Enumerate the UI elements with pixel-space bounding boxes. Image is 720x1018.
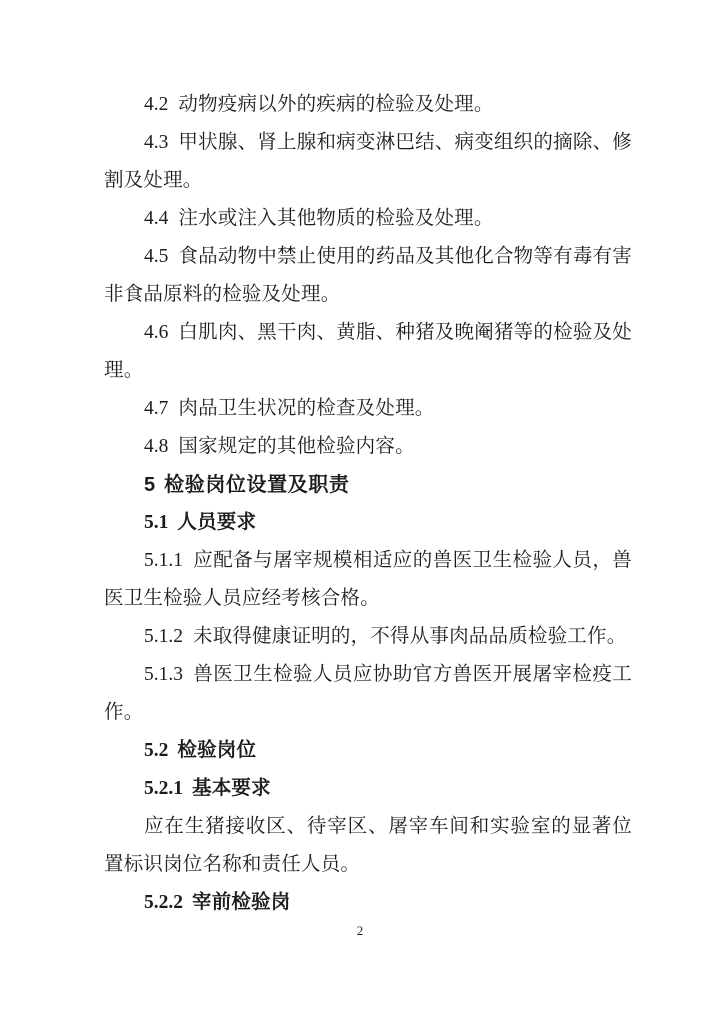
clause-text: 动物疫病以外的疾病的检验及处理。 bbox=[178, 94, 493, 115]
heading-5-2-1: 5.2.1基本要求 bbox=[104, 770, 632, 808]
clause-text: 白肌肉、黑干肉、黄脂、种猪及晚阉猪等的检验及处理。 bbox=[104, 322, 632, 381]
clause-number: 4.4 bbox=[144, 208, 168, 229]
heading-number: 5.2 bbox=[144, 740, 168, 761]
clause-number: 4.5 bbox=[144, 246, 168, 267]
clause-5-1-2: 5.1.2未取得健康证明的，不得从事肉品品质检验工作。 bbox=[104, 618, 632, 656]
clause-text: 食品动物中禁止使用的药品及其他化合物等有毒有害非食品原料的检验及处理。 bbox=[104, 246, 632, 305]
clause-text: 注水或注入其他物质的检验及处理。 bbox=[178, 208, 493, 229]
page-number: 2 bbox=[0, 922, 720, 940]
clause-number: 5.1.3 bbox=[144, 664, 183, 685]
document-content: 4.2动物疫病以外的疾病的检验及处理。 4.3甲状腺、肾上腺和病变淋巴结、病变组… bbox=[104, 86, 632, 922]
clause-text: 未取得健康证明的，不得从事肉品品质检验工作。 bbox=[193, 626, 626, 647]
heading-5-1: 5.1人员要求 bbox=[104, 504, 632, 542]
clause-number: 4.8 bbox=[144, 436, 168, 457]
clause-number: 4.3 bbox=[144, 132, 168, 153]
heading-number: 5.2.1 bbox=[144, 778, 183, 799]
clause-number: 4.6 bbox=[144, 322, 168, 343]
clause-4-6: 4.6白肌肉、黑干肉、黄脂、种猪及晚阉猪等的检验及处理。 bbox=[104, 314, 632, 390]
heading-text: 基本要求 bbox=[192, 778, 271, 799]
heading-text: 人员要求 bbox=[177, 512, 256, 533]
clause-4-3: 4.3甲状腺、肾上腺和病变淋巴结、病变组织的摘除、修割及处理。 bbox=[104, 124, 632, 200]
clause-number: 5.1.2 bbox=[144, 626, 183, 647]
clause-4-5: 4.5食品动物中禁止使用的药品及其他化合物等有毒有害非食品原料的检验及处理。 bbox=[104, 238, 632, 314]
heading-number: 5.1 bbox=[144, 512, 168, 533]
clause-number: 4.7 bbox=[144, 398, 168, 419]
clause-5-1-1: 5.1.1应配备与屠宰规模相适应的兽医卫生检验人员，兽医卫生检验人员应经考核合格… bbox=[104, 542, 632, 618]
clause-number: 4.2 bbox=[144, 94, 168, 115]
clause-text: 应在生猪接收区、待宰区、屠宰车间和实验室的显著位置标识岗位名称和责任人员。 bbox=[104, 816, 632, 875]
clause-4-7: 4.7肉品卫生状况的检查及处理。 bbox=[104, 390, 632, 428]
clause-4-4: 4.4注水或注入其他物质的检验及处理。 bbox=[104, 200, 632, 238]
clause-text: 应配备与屠宰规模相适应的兽医卫生检验人员，兽医卫生检验人员应经考核合格。 bbox=[104, 550, 632, 609]
heading-text: 检验岗位 bbox=[177, 740, 256, 761]
heading-5-2: 5.2检验岗位 bbox=[104, 732, 632, 770]
heading-5-2-2: 5.2.2宰前检验岗 bbox=[104, 884, 632, 922]
clause-text: 甲状腺、肾上腺和病变淋巴结、病变组织的摘除、修割及处理。 bbox=[104, 132, 632, 191]
clause-text: 兽医卫生检验人员应协助官方兽医开展屠宰检疫工作。 bbox=[104, 664, 632, 723]
document-page: 4.2动物疫病以外的疾病的检验及处理。 4.3甲状腺、肾上腺和病变淋巴结、病变组… bbox=[0, 0, 720, 1018]
clause-text: 国家规定的其他检验内容。 bbox=[178, 436, 414, 457]
heading-5: 5检验岗位设置及职责 bbox=[104, 466, 632, 504]
clause-number: 5.1.1 bbox=[144, 550, 183, 571]
clause-4-2: 4.2动物疫病以外的疾病的检验及处理。 bbox=[104, 86, 632, 124]
clause-text: 肉品卫生状况的检查及处理。 bbox=[178, 398, 434, 419]
clause-4-8: 4.8国家规定的其他检验内容。 bbox=[104, 428, 632, 466]
heading-number: 5.2.2 bbox=[144, 892, 183, 913]
clause-5-2-1-body: 应在生猪接收区、待宰区、屠宰车间和实验室的显著位置标识岗位名称和责任人员。 bbox=[104, 808, 632, 884]
heading-text: 宰前检验岗 bbox=[192, 892, 291, 913]
clause-5-1-3: 5.1.3兽医卫生检验人员应协助官方兽医开展屠宰检疫工作。 bbox=[104, 656, 632, 732]
heading-number: 5 bbox=[144, 474, 155, 496]
heading-text: 检验岗位设置及职责 bbox=[164, 474, 349, 496]
